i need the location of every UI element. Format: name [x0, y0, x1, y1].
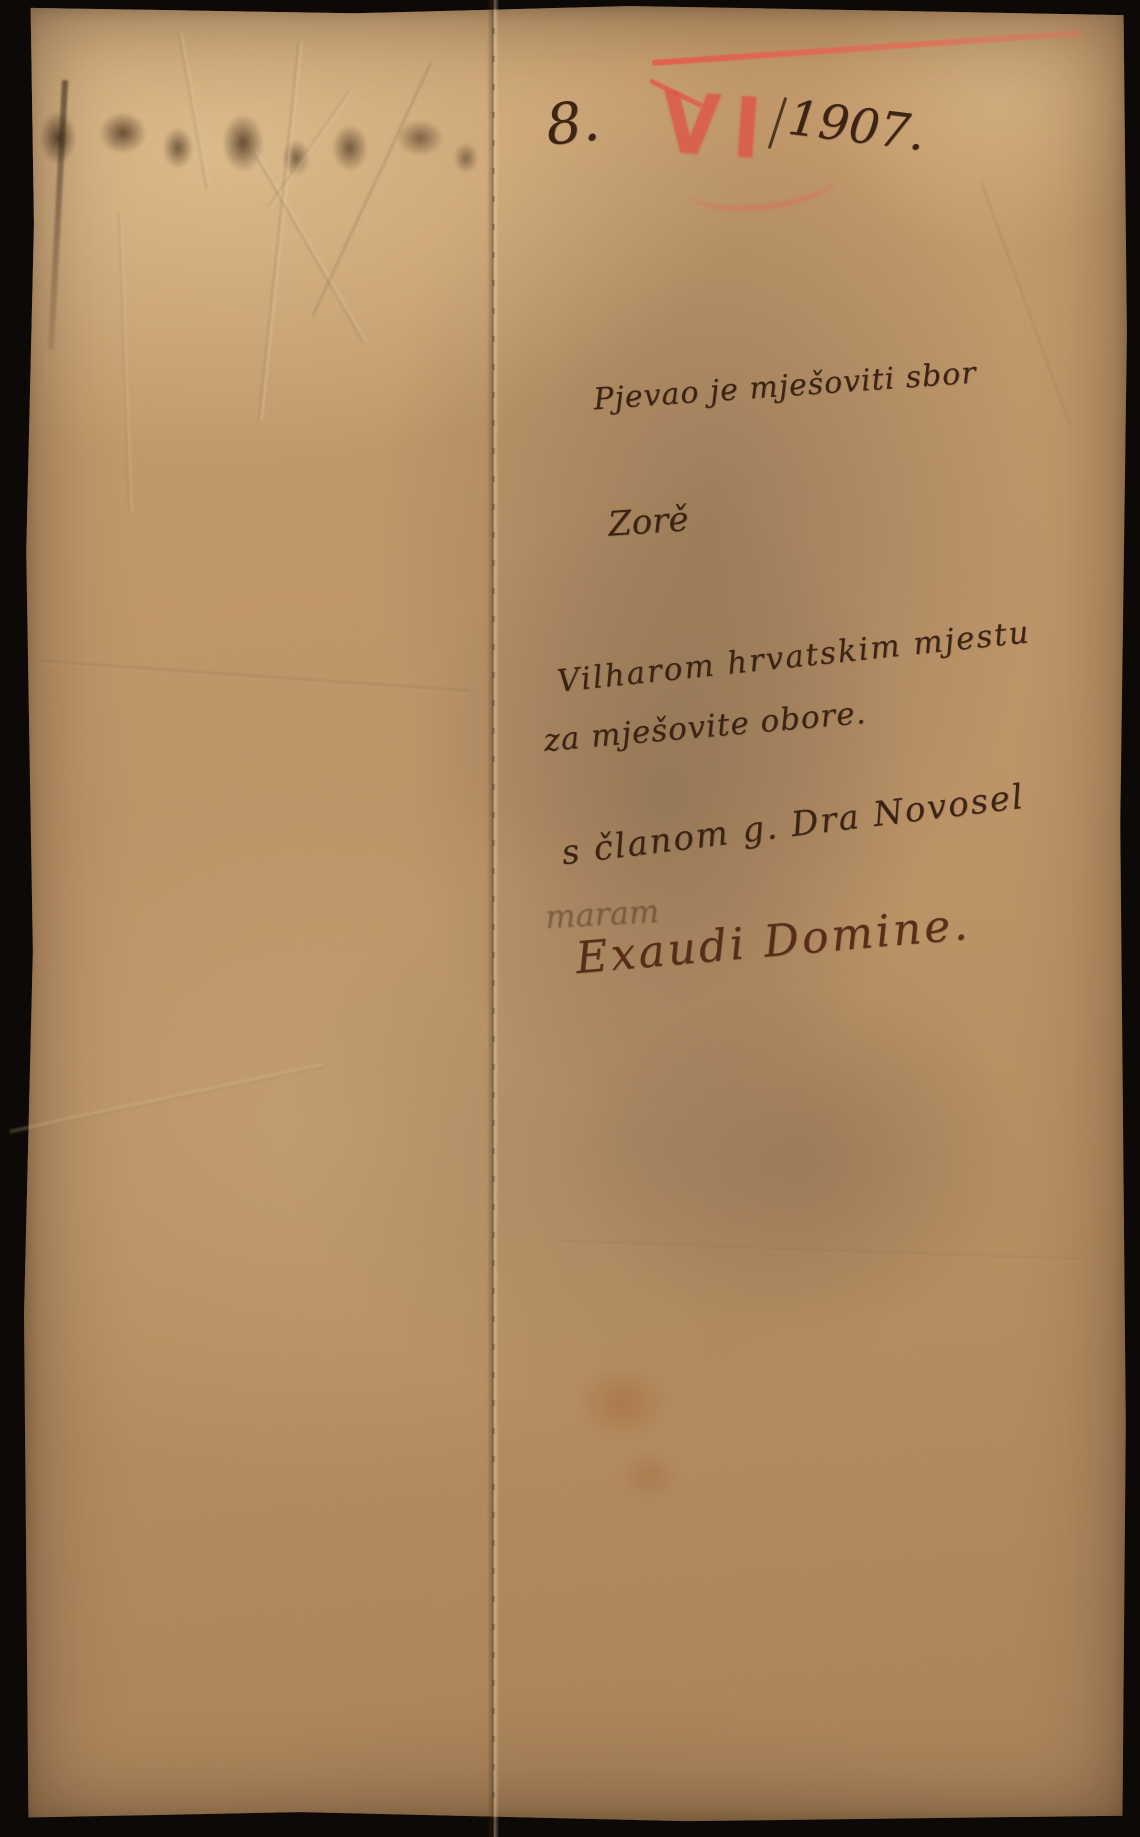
stain [520, 950, 1080, 1370]
fold-stitch-marks [492, 0, 495, 1837]
handwriting-line: Zorě [607, 502, 690, 542]
date-day: 8. [543, 93, 602, 154]
ink-blot-row [28, 88, 488, 208]
document-scan: VI 8. 1907. Pjevao je mješoviti sbor Zor… [0, 0, 1140, 1837]
date-month-roman: VI [659, 75, 778, 179]
stain [575, 1365, 670, 1440]
stain [618, 1450, 680, 1502]
